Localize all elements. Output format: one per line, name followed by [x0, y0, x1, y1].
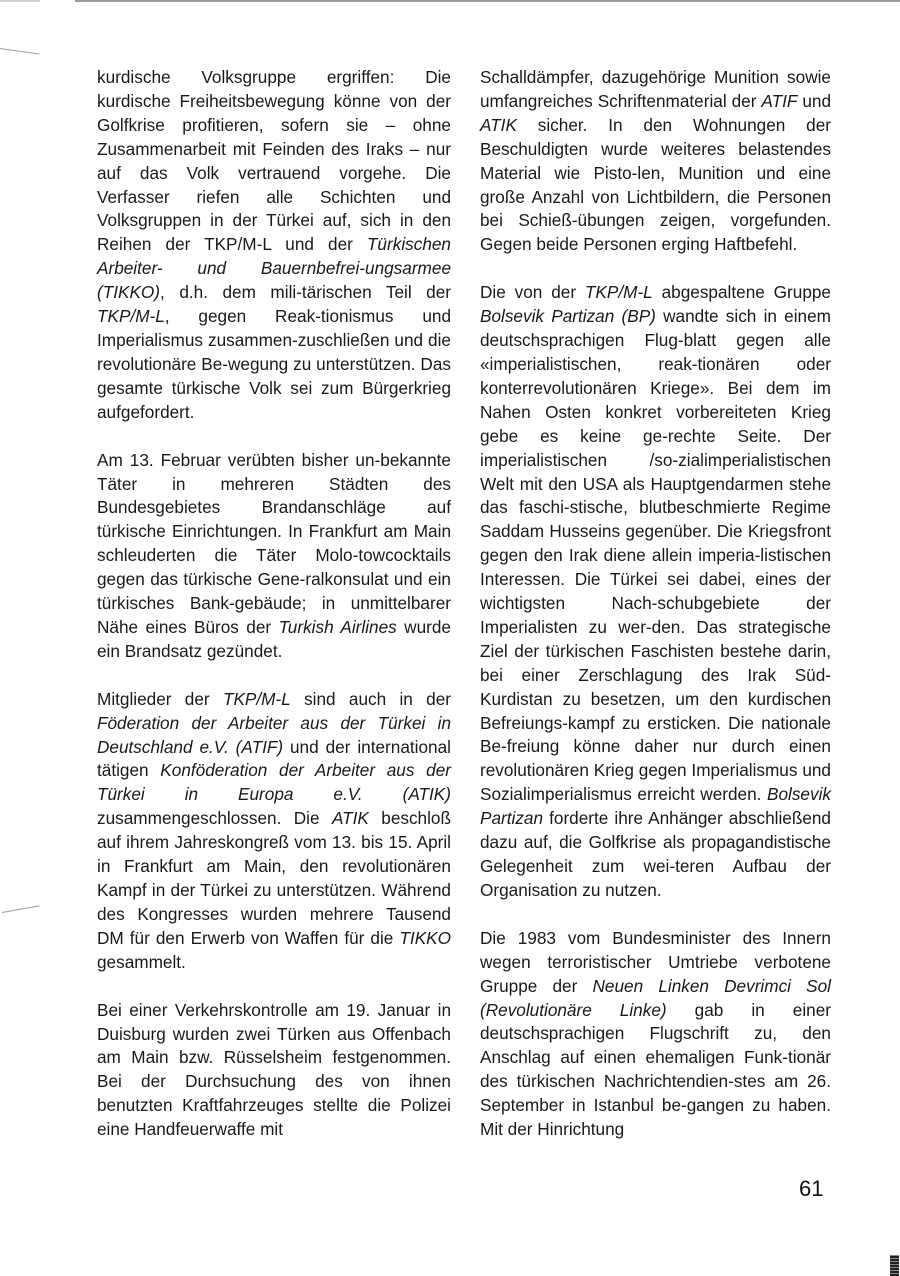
- scan-artifact-mark: [0, 48, 40, 55]
- scan-top-rule: [75, 0, 900, 2]
- italic-term: TKP/M-L: [223, 689, 291, 709]
- paragraph: Die 1983 vom Bundesminister des Innern w…: [480, 927, 831, 1142]
- text-run: und: [797, 91, 831, 111]
- italic-term: ATIF: [761, 91, 797, 111]
- paragraph: kurdische Volksgruppe ergriffen: Die kur…: [97, 66, 451, 425]
- text-run: Bei einer Verkehrskontrolle am 19. Janua…: [97, 1000, 451, 1140]
- text-run: wandte sich in einem deutschsprachigen F…: [480, 306, 831, 804]
- italic-term: ATIK: [332, 808, 369, 828]
- italic-term: ATIK: [480, 115, 517, 135]
- text-run: Die von der: [480, 282, 585, 302]
- text-run: kurdische Volksgruppe ergriffen: Die kur…: [97, 67, 451, 254]
- paragraph: Die von der TKP/M-L abgespaltene Gruppe …: [480, 281, 831, 903]
- page-number: 61: [799, 1176, 823, 1202]
- text-run: gesammelt.: [97, 952, 186, 972]
- text-column-right: Schalldämpfer, dazugehörige Munition sow…: [480, 66, 831, 1166]
- paragraph: Schalldämpfer, dazugehörige Munition sow…: [480, 66, 831, 257]
- text-run: sicher. In den Wohnungen der Beschuldigt…: [480, 115, 831, 255]
- italic-term: TKP/M-L: [585, 282, 653, 302]
- scan-corner-mark: [890, 1255, 899, 1276]
- italic-term: Turkish Airlines: [279, 617, 397, 637]
- text-run: , d.h. dem mili-tärischen Teil der: [160, 282, 451, 302]
- text-run: Mitglieder der: [97, 689, 223, 709]
- italic-term: TKP/M-L: [97, 306, 165, 326]
- paragraph: Am 13. Februar verübten bisher un-bekann…: [97, 449, 451, 664]
- text-run: beschloß auf ihrem Jahreskongreß vom 13.…: [97, 808, 451, 948]
- scan-artifact-mark: [2, 905, 40, 913]
- italic-term: TIKKO: [399, 928, 451, 948]
- text-run: sind auch in der: [291, 689, 451, 709]
- text-column-left: kurdische Volksgruppe ergriffen: Die kur…: [97, 66, 451, 1166]
- text-run: gab in einer deutschsprachigen Flugschri…: [480, 1000, 831, 1140]
- text-run: Am 13. Februar verübten bisher un-bekann…: [97, 450, 451, 637]
- text-run: zusammengeschlossen. Die: [97, 808, 332, 828]
- text-run: abgespaltene Gruppe: [653, 282, 831, 302]
- italic-term: Bolsevik Partizan (BP): [480, 306, 656, 326]
- paragraph: Mitglieder der TKP/M-L sind auch in der …: [97, 688, 451, 975]
- scan-top-rule-left: [0, 0, 40, 2]
- paragraph: Bei einer Verkehrskontrolle am 19. Janua…: [97, 999, 451, 1142]
